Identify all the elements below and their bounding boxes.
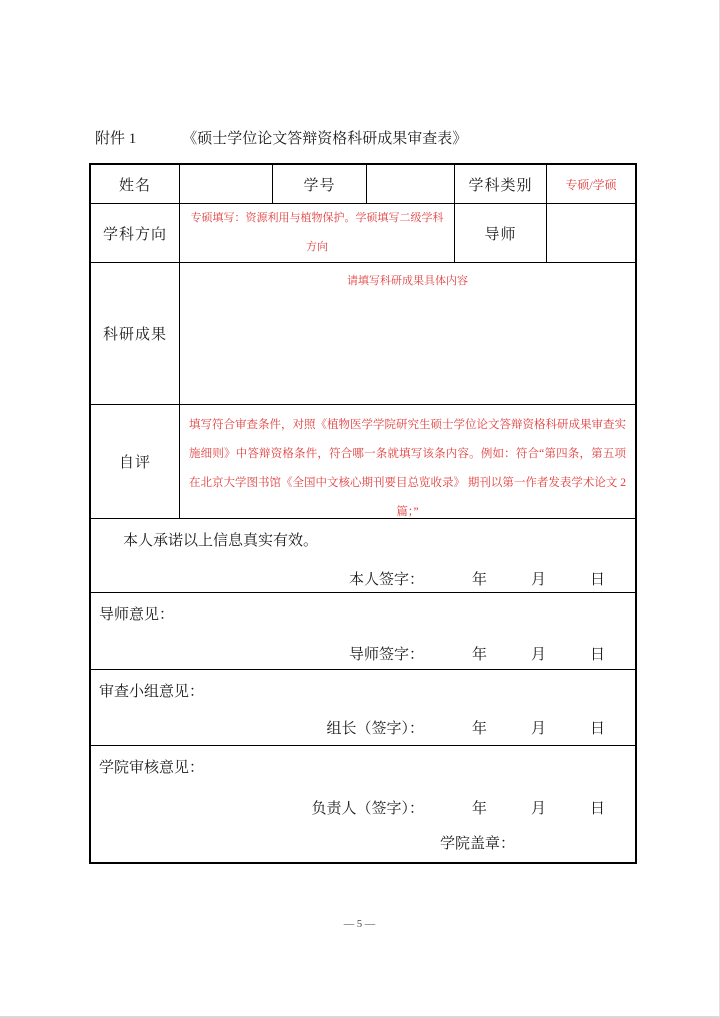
table-row-college-opinion: 学院审核意见： 负责人（签字）： 年 月 日 学院盖章： [91,746,635,862]
document-header: 附件 1 《硕士学位论文答辩资格科研成果审查表》 [95,127,467,148]
name-label-cell: 姓名 [91,165,180,203]
date-fields: 年 月 日 [472,643,605,664]
group-leader-signature-label: 组长（签字）： [326,717,424,738]
applicant-signature-label: 本人签字： [349,568,424,589]
advisor-value-cell[interactable] [547,204,635,262]
self-eval-content-cell[interactable]: 填写符合审查条件，对照《植物医学学院研究生硕士学位论文答辩资格科研成果审查实施细… [180,405,635,518]
date-fields: 年 月 日 [472,568,605,589]
student-id-value-cell[interactable] [367,165,455,203]
day-label: 日 [590,717,605,738]
college-opinion-label: 学院审核意见： [99,756,621,777]
table-row-self-eval: 自评 填写符合审查条件，对照《植物医学学院研究生硕士学位论文答辩资格科研成果审查… [91,405,635,519]
review-group-opinion-cell[interactable]: 审查小组意见： 组长（签字）： 年 月 日 [91,670,635,745]
achievements-label-cell: 科研成果 [91,263,180,404]
month-label: 月 [531,797,546,818]
category-hint-cell[interactable]: 专硕/学硕 [547,165,635,203]
review-form-table: 姓名 学号 学科类别 专硕/学硕 学科方向 专硕填写：资源利用与植物保护。学硕填… [89,163,637,864]
advisor-opinion-label: 导师意见： [99,603,621,624]
college-seal-line: 学院盖章： [99,832,621,853]
college-head-signature-label: 负责人（签字）： [311,797,424,818]
pledge-cell: 本人承诺以上信息真实有效。 本人签字： 年 月 日 [91,519,635,592]
category-label-cell: 学科类别 [455,165,547,203]
year-label: 年 [472,797,487,818]
year-label: 年 [472,717,487,738]
achievements-content-cell[interactable]: 请填写科研成果具体内容 [180,263,635,404]
year-label: 年 [472,643,487,664]
applicant-signature-line: 本人签字： 年 月 日 [99,568,621,589]
table-row-basic-info: 姓名 学号 学科类别 专硕/学硕 [91,165,635,204]
table-row-advisor-opinion: 导师意见： 导师签字： 年 月 日 [91,593,635,670]
month-label: 月 [531,568,546,589]
page-number: — 5 — [0,919,719,930]
pledge-text: 本人承诺以上信息真实有效。 [99,529,621,550]
advisor-opinion-cell[interactable]: 导师意见： 导师签字： 年 月 日 [91,593,635,669]
college-opinion-cell[interactable]: 学院审核意见： 负责人（签字）： 年 月 日 学院盖章： [91,746,635,862]
college-head-signature-line: 负责人（签字）： 年 月 日 [99,797,621,818]
college-seal-label: 学院盖章： [440,832,515,853]
table-row-direction: 学科方向 专硕填写：资源利用与植物保护。学硕填写二级学科方向 导师 [91,204,635,263]
review-group-opinion-label: 审查小组意见： [99,680,621,701]
date-fields: 年 月 日 [472,717,605,738]
day-label: 日 [590,797,605,818]
advisor-signature-label: 导师签字： [349,643,424,664]
document-page: 附件 1 《硕士学位论文答辩资格科研成果审查表》 姓名 学号 学科类别 专硕/学… [0,0,720,1018]
group-leader-signature-line: 组长（签字）： 年 月 日 [99,717,621,738]
table-row-review-group-opinion: 审查小组意见： 组长（签字）： 年 月 日 [91,670,635,746]
table-row-achievements: 科研成果 请填写科研成果具体内容 [91,263,635,405]
direction-hint-cell[interactable]: 专硕填写：资源利用与植物保护。学硕填写二级学科方向 [180,204,455,262]
self-eval-label-cell: 自评 [91,405,180,518]
direction-label-cell: 学科方向 [91,204,180,262]
advisor-signature-line: 导师签字： 年 月 日 [99,643,621,664]
table-row-pledge: 本人承诺以上信息真实有效。 本人签字： 年 月 日 [91,519,635,593]
student-id-label-cell: 学号 [273,165,367,203]
month-label: 月 [531,643,546,664]
name-value-cell[interactable] [180,165,273,203]
date-fields: 年 月 日 [472,797,605,818]
month-label: 月 [531,717,546,738]
year-label: 年 [472,568,487,589]
advisor-label-cell: 导师 [455,204,547,262]
day-label: 日 [590,643,605,664]
attachment-label: 附件 1 [95,127,136,148]
day-label: 日 [590,568,605,589]
page-title: 《硕士学位论文答辩资格科研成果审查表》 [182,127,467,148]
